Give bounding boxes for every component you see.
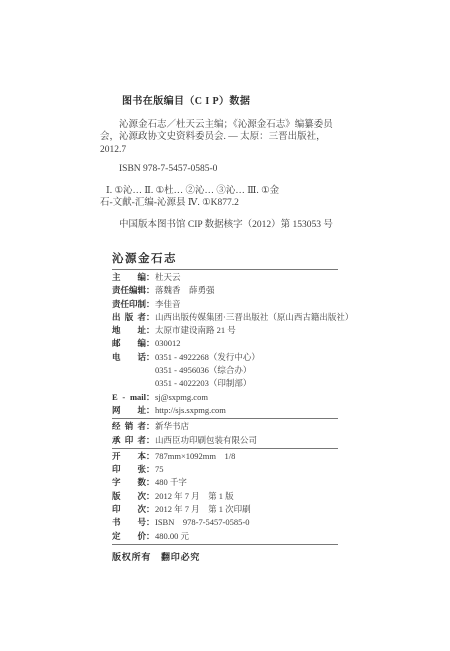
field-value: 787mm×1092mm 1/8 [155, 450, 235, 463]
field-colon: ： [146, 503, 155, 516]
divider [112, 448, 338, 449]
colophon-row: 定价 ： 480.00 元 [112, 530, 338, 543]
field-value: ISBN 978-7-5457-0585-0 [155, 516, 249, 529]
field-label: 主编 [112, 271, 146, 284]
colophon-row: 印张 ： 75 [112, 463, 338, 476]
cip-classification: Ⅰ. ①沁… Ⅱ. ①杜… ②沁… ③沁… Ⅲ. ①金 石-文献-汇编-沁源县 … [100, 185, 360, 210]
field-label: 字数 [112, 476, 146, 489]
field-label: 责任印制 [112, 298, 146, 311]
colophon-row: 版次 ： 2012 年 7 月 第 1 版 [112, 490, 338, 503]
colophon-block: 沁源金石志 主编 ： 杜天云 责任编辑 ： 落魏香 薛勇强 责任印制 ： 李佳音… [112, 250, 338, 563]
field-label: 印次 [112, 503, 146, 516]
field-colon: ： [146, 463, 155, 476]
cip-classification-line: Ⅰ. ①沁… Ⅱ. ①杜… ②沁… ③沁… Ⅲ. ①金 [100, 185, 360, 198]
field-label: 出版者 [112, 311, 146, 324]
colophon-row: 电话 ： 0351 - 4922268（发行中心） [112, 351, 338, 364]
field-colon: ： [146, 337, 155, 350]
copyright-notice: 版权所有 翻印必究 [112, 550, 338, 563]
field-label: E - mail [112, 391, 146, 404]
field-label: 责任编辑 [112, 284, 146, 297]
colophon-row: 责任编辑 ： 落魏香 薛勇强 [112, 284, 338, 297]
field-value: sj@sxpmg.com [155, 391, 208, 404]
field-label: 定价 [112, 530, 146, 543]
field-value: 山西出版传媒集团·三晋出版社（原山西古籍出版社） [155, 311, 353, 324]
field-value: 0351 - 4922268（发行中心） [155, 351, 260, 364]
field-value: 0351 - 4022203（印制部） [155, 377, 251, 390]
field-colon: ： [146, 284, 155, 297]
field-value: 李佳音 [155, 298, 181, 311]
field-colon: ： [146, 324, 155, 337]
colophon-row: 字数 ： 480 千字 [112, 476, 338, 489]
cip-classification-line: 石-文献-汇编-沁源县 Ⅳ. ①K877.2 [100, 197, 360, 210]
field-value: 480 千字 [155, 476, 187, 489]
colophon-row: 地址 ： 太原市建设南路 21 号 [112, 324, 338, 337]
field-colon: ： [146, 420, 155, 433]
field-value: 山西臣功印刷包装有限公司 [155, 434, 257, 447]
colophon-row: 网址 ： http://sjs.sxpmg.com [112, 404, 338, 417]
colophon-row: 经销者 ： 新华书店 [112, 420, 338, 433]
field-colon: ： [146, 476, 155, 489]
field-value: 2012 年 7 月 第 1 次印刷 [155, 503, 251, 516]
field-colon: ： [146, 311, 155, 324]
field-label: 书号 [112, 516, 146, 529]
field-value: 0351 - 4956036（综合办） [155, 364, 251, 377]
field-value: 落魏香 薛勇强 [155, 284, 215, 297]
field-label: 经销者 [112, 420, 146, 433]
cip-description-line: 会，沁源政协文史资料委员会. — 太原：三晋出版社， [100, 131, 360, 144]
colophon-sections: 主编 ： 杜天云 责任编辑 ： 落魏香 薛勇强 责任印制 ： 李佳音 出版者 ：… [112, 271, 338, 545]
colophon-row: 出版者 ： 山西出版传媒集团·三晋出版社（原山西古籍出版社） [112, 311, 338, 324]
colophon-row: E - mail ： sj@sxpmg.com [112, 391, 338, 404]
colophon-row: 责任印制 ： 李佳音 [112, 298, 338, 311]
colophon-row: 书号 ： ISBN 978-7-5457-0585-0 [112, 516, 338, 529]
field-label: 承印者 [112, 434, 146, 447]
field-colon: ： [146, 450, 155, 463]
field-colon: ： [146, 404, 155, 417]
field-colon: ： [146, 351, 155, 364]
field-label: 邮编 [112, 337, 146, 350]
field-label: 印张 [112, 463, 146, 476]
field-colon: ： [146, 391, 155, 404]
colophon-row: 0351 - 4956036（综合办） [112, 364, 338, 377]
field-colon: ： [146, 530, 155, 543]
field-value: 太原市建设南路 21 号 [155, 324, 236, 337]
cip-description-line: 沁源金石志／杜天云主编；《沁源金石志》编纂委员 [100, 119, 360, 132]
field-colon: ： [146, 434, 155, 447]
field-value: 杜天云 [155, 271, 181, 284]
cip-block: 图书在版编目（C I P）数据 沁源金石志／杜天云主编；《沁源金石志》编纂委员 … [100, 96, 360, 231]
colophon-row: 0351 - 4022203（印制部） [112, 377, 338, 390]
cip-heading: 图书在版编目（C I P）数据 [100, 96, 360, 109]
field-label: 电话 [112, 351, 146, 364]
copyright-page: 图书在版编目（C I P）数据 沁源金石志／杜天云主编；《沁源金石志》编纂委员 … [0, 0, 450, 651]
field-value: 新华书店 [155, 420, 189, 433]
divider [112, 544, 338, 545]
field-label: 开本 [112, 450, 146, 463]
field-value: 480.00 元 [155, 530, 189, 543]
divider [112, 418, 338, 419]
cip-record-number: 中国版本图书馆 CIP 数据核字（2012）第 153053 号 [100, 219, 360, 232]
colophon-row: 邮编 ： 030012 [112, 337, 338, 350]
divider [112, 269, 338, 270]
cip-isbn: ISBN 978-7-5457-0585-0 [100, 163, 360, 176]
colophon-row: 印次 ： 2012 年 7 月 第 1 次印刷 [112, 503, 338, 516]
field-label: 网址 [112, 404, 146, 417]
field-value: 030012 [155, 337, 181, 350]
field-value: 2012 年 7 月 第 1 版 [155, 490, 234, 503]
cip-description: 沁源金石志／杜天云主编；《沁源金石志》编纂委员 会，沁源政协文史资料委员会. —… [100, 119, 360, 157]
colophon-row: 开本 ： 787mm×1092mm 1/8 [112, 450, 338, 463]
field-colon: ： [146, 298, 155, 311]
field-colon: ： [146, 271, 155, 284]
field-colon: ： [146, 516, 155, 529]
field-label: 地址 [112, 324, 146, 337]
colophon-row: 承印者 ： 山西臣功印刷包装有限公司 [112, 434, 338, 447]
field-colon: ： [146, 490, 155, 503]
cip-description-line: 2012.7 [100, 144, 360, 157]
field-value: http://sjs.sxpmg.com [155, 404, 226, 417]
field-value: 75 [155, 463, 164, 476]
field-label: 版次 [112, 490, 146, 503]
colophon-row: 主编 ： 杜天云 [112, 271, 338, 284]
book-title: 沁源金石志 [112, 250, 338, 266]
